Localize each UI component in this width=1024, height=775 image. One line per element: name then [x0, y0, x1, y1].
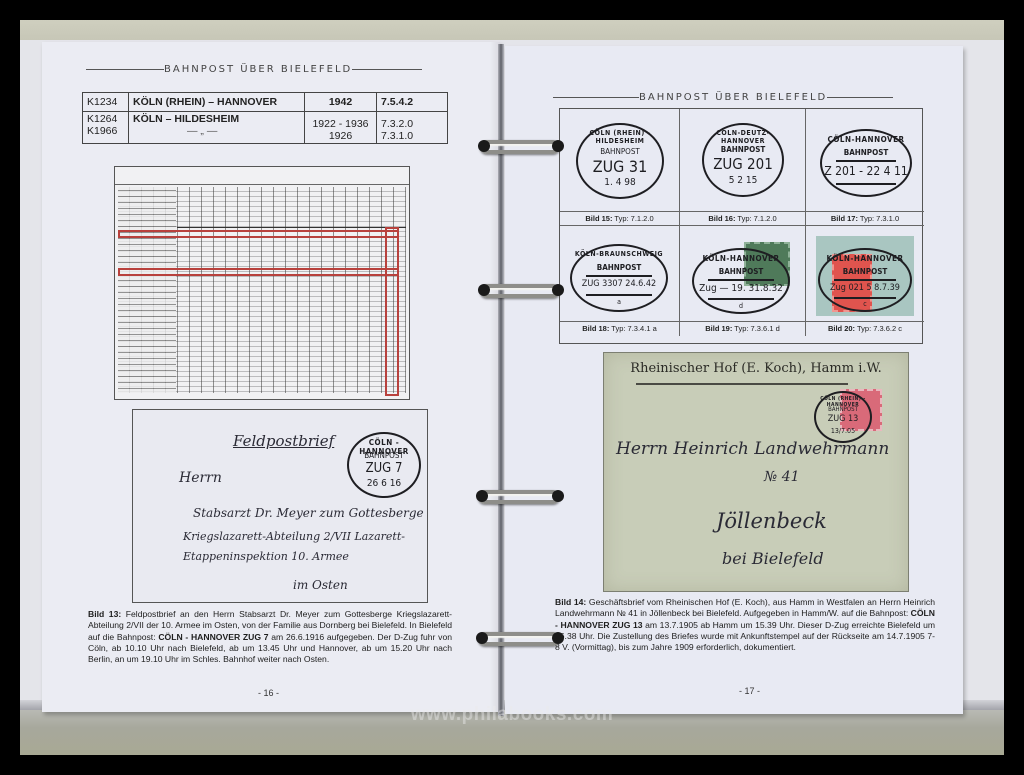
- postmark-caption-15: Bild 15: Typ: 7.1.2.0: [560, 212, 680, 226]
- postmark-coeln-deutz-hannover: CÖLN-DEUTZ-HANNOVER BAHNPOST ZUG 201 5 2…: [702, 123, 784, 197]
- postmark-koeln-braunschweig: KÖLN-BRAUNSCHWEIG BAHNPOST ZUG 3307 24.6…: [570, 244, 668, 312]
- binder-ring: [478, 490, 560, 504]
- figure-caption-13: Bild 13: Feldpostbrief an den Herrn Stab…: [88, 609, 452, 665]
- running-head: BAHNPOST ÜBER BIELEFELD: [86, 64, 422, 75]
- timetable-stations-column: [118, 187, 176, 393]
- postmark-caption-17: Bild 17: Typ: 7.3.1.0: [806, 212, 924, 226]
- route-codes: K1264 K1966: [83, 112, 129, 144]
- timetable-highlight-column: [385, 227, 399, 396]
- binder-ring: [480, 284, 560, 298]
- route-table: K1234 KÖLN (RHEIN) – HANNOVER 1942 7.5.4…: [82, 92, 448, 144]
- route-name: KÖLN – HILDESHEIM — „ —: [129, 112, 305, 144]
- page-number: - 16 -: [258, 688, 279, 698]
- postmark-caption-16: Bild 16: Typ: 7.1.2.0: [680, 212, 806, 226]
- feldpost-cover-image: Feldpostbrief Herrn Stabsarzt Dr. Meyer …: [132, 409, 428, 603]
- running-head: BAHNPOST ÜBER BIELEFELD: [553, 92, 893, 103]
- postmark-koeln-hannover-1932: KÖLN-HANNOVER BAHNPOST Zug — 19. 31.8.32…: [692, 248, 790, 314]
- binder-ring: [480, 140, 560, 154]
- route-code: K1234: [83, 93, 129, 112]
- cover-heading: Feldpostbrief: [233, 432, 334, 450]
- binder-ring: [478, 632, 560, 646]
- postmark-cell: KÖLN-HANNOVER BAHNPOST Zug — 19. 31.8.32…: [680, 226, 806, 322]
- business-cover-image: Rheinischer Hof (E. Koch), Hamm i.W. CÖL…: [603, 352, 909, 592]
- railway-timetable-image: [114, 166, 410, 400]
- watermark: www.philabooks.com: [0, 704, 1024, 726]
- timetable-header: [115, 167, 409, 185]
- page-17: BAHNPOST ÜBER BIELEFELD CÖLN (RHEIN) - H…: [505, 46, 963, 714]
- postmark-cell: CÖLN-DEUTZ-HANNOVER BAHNPOST ZUG 201 5 2…: [680, 109, 806, 212]
- postmark-grid: CÖLN (RHEIN) - HILDESHEIM BAHNPOST ZUG 3…: [559, 108, 923, 344]
- backdrop: [20, 20, 1004, 42]
- postmark-cell: KÖLN-BRAUNSCHWEIG BAHNPOST ZUG 3307 24.6…: [560, 226, 680, 322]
- postmark-cell: CÖLN (RHEIN) - HILDESHEIM BAHNPOST ZUG 3…: [560, 109, 680, 212]
- route-type: 7.5.4.2: [377, 93, 448, 112]
- route-types: 7.3.2.0 7.3.1.0: [377, 112, 448, 144]
- postmark-coeln-hildesheim: CÖLN (RHEIN) - HILDESHEIM BAHNPOST ZUG 3…: [576, 123, 664, 199]
- route-years: 1922 - 1936 1926: [305, 112, 377, 144]
- postmark-caption-19: Bild 19: Typ: 7.3.6.1 d: [680, 322, 806, 336]
- letterhead: Rheinischer Hof (E. Koch), Hamm i.W.: [604, 361, 908, 376]
- postmark-coeln-hannover-zug13: CÖLN (RHEIN) - HANNOVER BAHNPOST ZUG 13 …: [814, 391, 872, 443]
- timetable-highlight-row: [118, 230, 399, 238]
- postmark-cell: KÖLN-HANNOVER BAHNPOST Zug 021 5 8.7.39 …: [806, 226, 924, 322]
- figure-caption-14: Bild 14: Geschäftsbrief vom Rheinischen …: [555, 597, 935, 653]
- postmark-caption-18: Bild 18: Typ: 7.3.4.1 a: [560, 322, 680, 336]
- route-years: 1942: [305, 93, 377, 112]
- postmark-koeln-hannover-1939: KÖLN-HANNOVER BAHNPOST Zug 021 5 8.7.39 …: [818, 248, 912, 312]
- page-number: - 17 -: [739, 686, 760, 696]
- timetable-highlight-row: [118, 268, 399, 276]
- postmark-cell: CÖLN-HANNOVER BAHNPOST Z 201 - 22 4 11: [806, 109, 924, 212]
- postmark-coeln-hannover-1911: CÖLN-HANNOVER BAHNPOST Z 201 - 22 4 11: [820, 129, 912, 197]
- postmark-coeln-hannover-zug7: CÖLN - HANNOVER BAHNPOST ZUG 7 26 6 16: [347, 432, 421, 498]
- route-name: KÖLN (RHEIN) – HANNOVER: [129, 93, 305, 112]
- page-16: BAHNPOST ÜBER BIELEFELD K1234 KÖLN (RHEI…: [42, 42, 500, 712]
- postmark-caption-20: Bild 20: Typ: 7.3.6.2 c: [806, 322, 924, 336]
